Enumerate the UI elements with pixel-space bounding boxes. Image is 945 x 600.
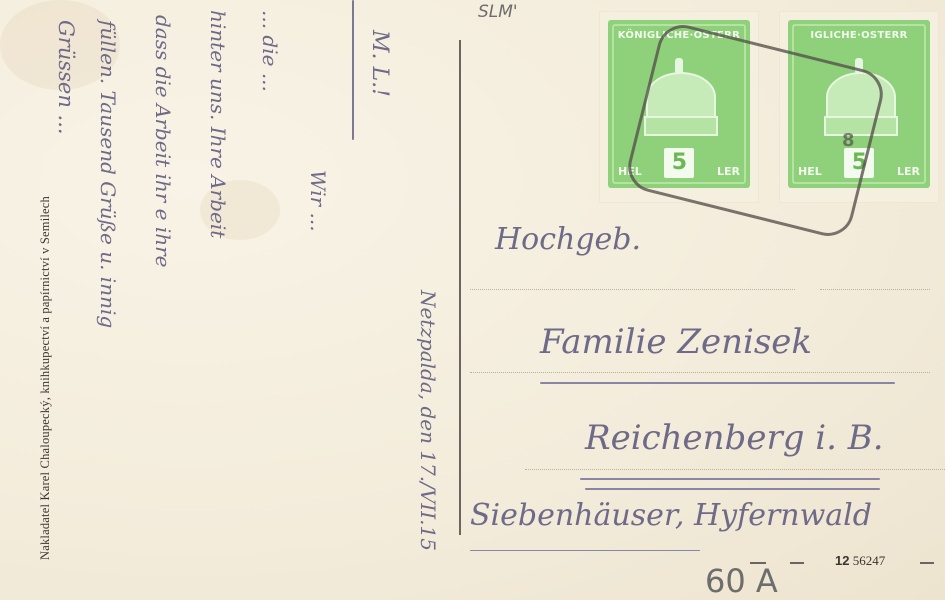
message-line: ... die ...	[258, 10, 282, 92]
serial-value: 56247	[853, 553, 886, 568]
pencil-note-top: SLM'	[478, 2, 518, 22]
address-name: Familie Zenisek	[540, 322, 812, 362]
pencil-note-bottom: 60 A	[705, 562, 778, 600]
address-underline	[470, 550, 700, 551]
address-guide-line	[470, 289, 795, 290]
message-line: Wir ...	[306, 170, 330, 232]
address-guide-line	[820, 289, 930, 290]
address-city: Reichenberg i. B.	[585, 418, 884, 458]
address-salutation: Hochgeb.	[495, 222, 641, 257]
address-underline	[580, 478, 880, 480]
address-guide-line	[470, 372, 930, 373]
stamp-text: IGLICHE·OSTERR	[788, 30, 930, 41]
address-guide-line	[525, 469, 945, 470]
message-line: dass die Arbeit ihr e ihre	[151, 15, 175, 268]
location-date: Netzpalda, den 17./VII.15	[416, 290, 440, 551]
address-underline	[585, 488, 880, 490]
message-line: Grüssen ...	[54, 20, 78, 135]
postcard-back: Nakladatel Karel Chaloupecký, knihkupect…	[0, 0, 945, 600]
publisher-imprint: Nakladatel Karel Chaloupecký, knihkupect…	[38, 196, 53, 560]
postmark-text: 8	[842, 130, 855, 151]
message-greeting: M. L.!	[367, 30, 392, 97]
address-divider	[459, 40, 461, 535]
serial-number: 12 56247	[835, 553, 885, 569]
message-line: füllen. Tausend Grüße u. innig	[96, 20, 120, 328]
address-underline	[540, 382, 895, 384]
print-dash	[790, 562, 804, 564]
serial-prefix: 12	[835, 553, 849, 568]
print-dash	[920, 562, 934, 564]
message-line: hinter uns. Ihre Arbeit	[206, 10, 230, 238]
stamp-denomination: LER	[897, 165, 920, 178]
address-street: Siebenhäuser, Hyfernwald	[470, 498, 872, 533]
greeting-stroke	[352, 0, 354, 140]
